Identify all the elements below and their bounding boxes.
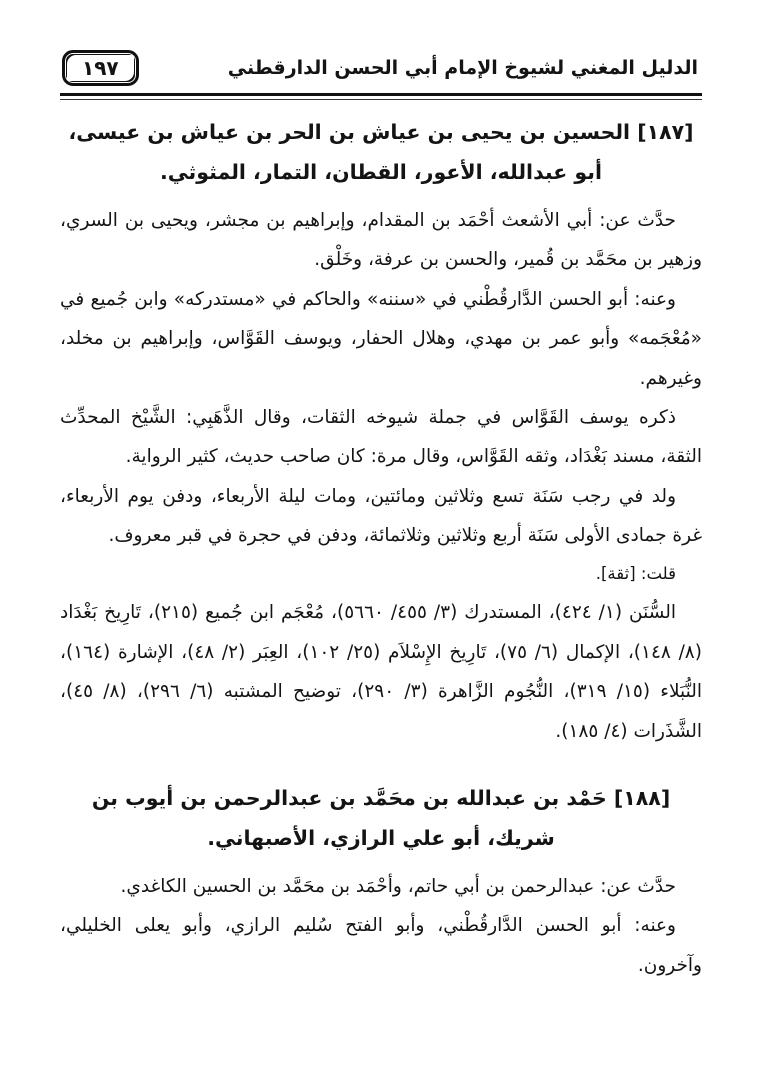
entry-187-heading-line1: [١٨٧] الحسين بن يحيى بن عياش بن الحر بن … xyxy=(60,113,702,153)
entry-188: [١٨٨] حَمْد بن عبدالله بن محَمَّد بن عبد… xyxy=(60,779,702,985)
entry-187-heading: [١٨٧] الحسين بن يحيى بن عياش بن الحر بن … xyxy=(60,113,702,193)
entry-188-narrated-from: حدَّث عن: عبدالرحمن بن أبي حاتم، وأحْمَد… xyxy=(60,867,702,906)
entry-188-heading: [١٨٨] حَمْد بن عبدالله بن محَمَّد بن عبد… xyxy=(60,779,702,859)
page-header: الدليل المغني لشيوخ الإمام أبي الحسن الد… xyxy=(60,50,702,86)
entry-187-dates: ولد في رجب سَنَة تسع وثلاثين ومائتين، وم… xyxy=(60,477,702,556)
book-page: الدليل المغني لشيوخ الإمام أبي الحسن الد… xyxy=(0,0,760,1078)
entry-187: [١٨٧] الحسين بن يحيى بن عياش بن الحر بن … xyxy=(60,113,702,751)
entry-187-appraisal: ذكره يوسف القَوَّاس في جملة شيوخه الثقات… xyxy=(60,398,702,477)
entry-187-verdict: قلت: [ثقة]. xyxy=(60,555,702,593)
header-divider xyxy=(60,93,702,100)
page-number: ١٩٧ xyxy=(82,56,119,80)
entry-187-heading-line2: أبو عبدالله، الأعور، القطان، التمار، الم… xyxy=(60,153,702,193)
entry-187-sources: السُّنَن (١/ ٤٢٤)، المستدرك (٣/ ٤٥٥/ ٥٦٦… xyxy=(60,593,702,751)
page-content: [١٨٧] الحسين بن يحيى بن عياش بن الحر بن … xyxy=(60,113,702,985)
book-title: الدليل المغني لشيوخ الإمام أبي الحسن الد… xyxy=(228,57,698,79)
entry-187-narrated-from: حدَّث عن: أبي الأشعث أحْمَد بن المقدام، … xyxy=(60,201,702,280)
entry-188-heading-line2: شريك، أبو علي الرازي، الأصبهاني. xyxy=(60,819,702,859)
entry-188-heading-line1: [١٨٨] حَمْد بن عبدالله بن محَمَّد بن عبد… xyxy=(60,779,702,819)
entry-188-narrated-by: وعنه: أبو الحسن الدَّارقُطْني، وأبو الفت… xyxy=(60,906,702,985)
entry-187-narrated-by: وعنه: أبو الحسن الدَّارقُطْني في «سننه» … xyxy=(60,280,702,398)
page-background: { "page": { "header_title": "الدليل المغ… xyxy=(0,0,760,1078)
page-number-badge: ١٩٧ xyxy=(62,50,139,86)
